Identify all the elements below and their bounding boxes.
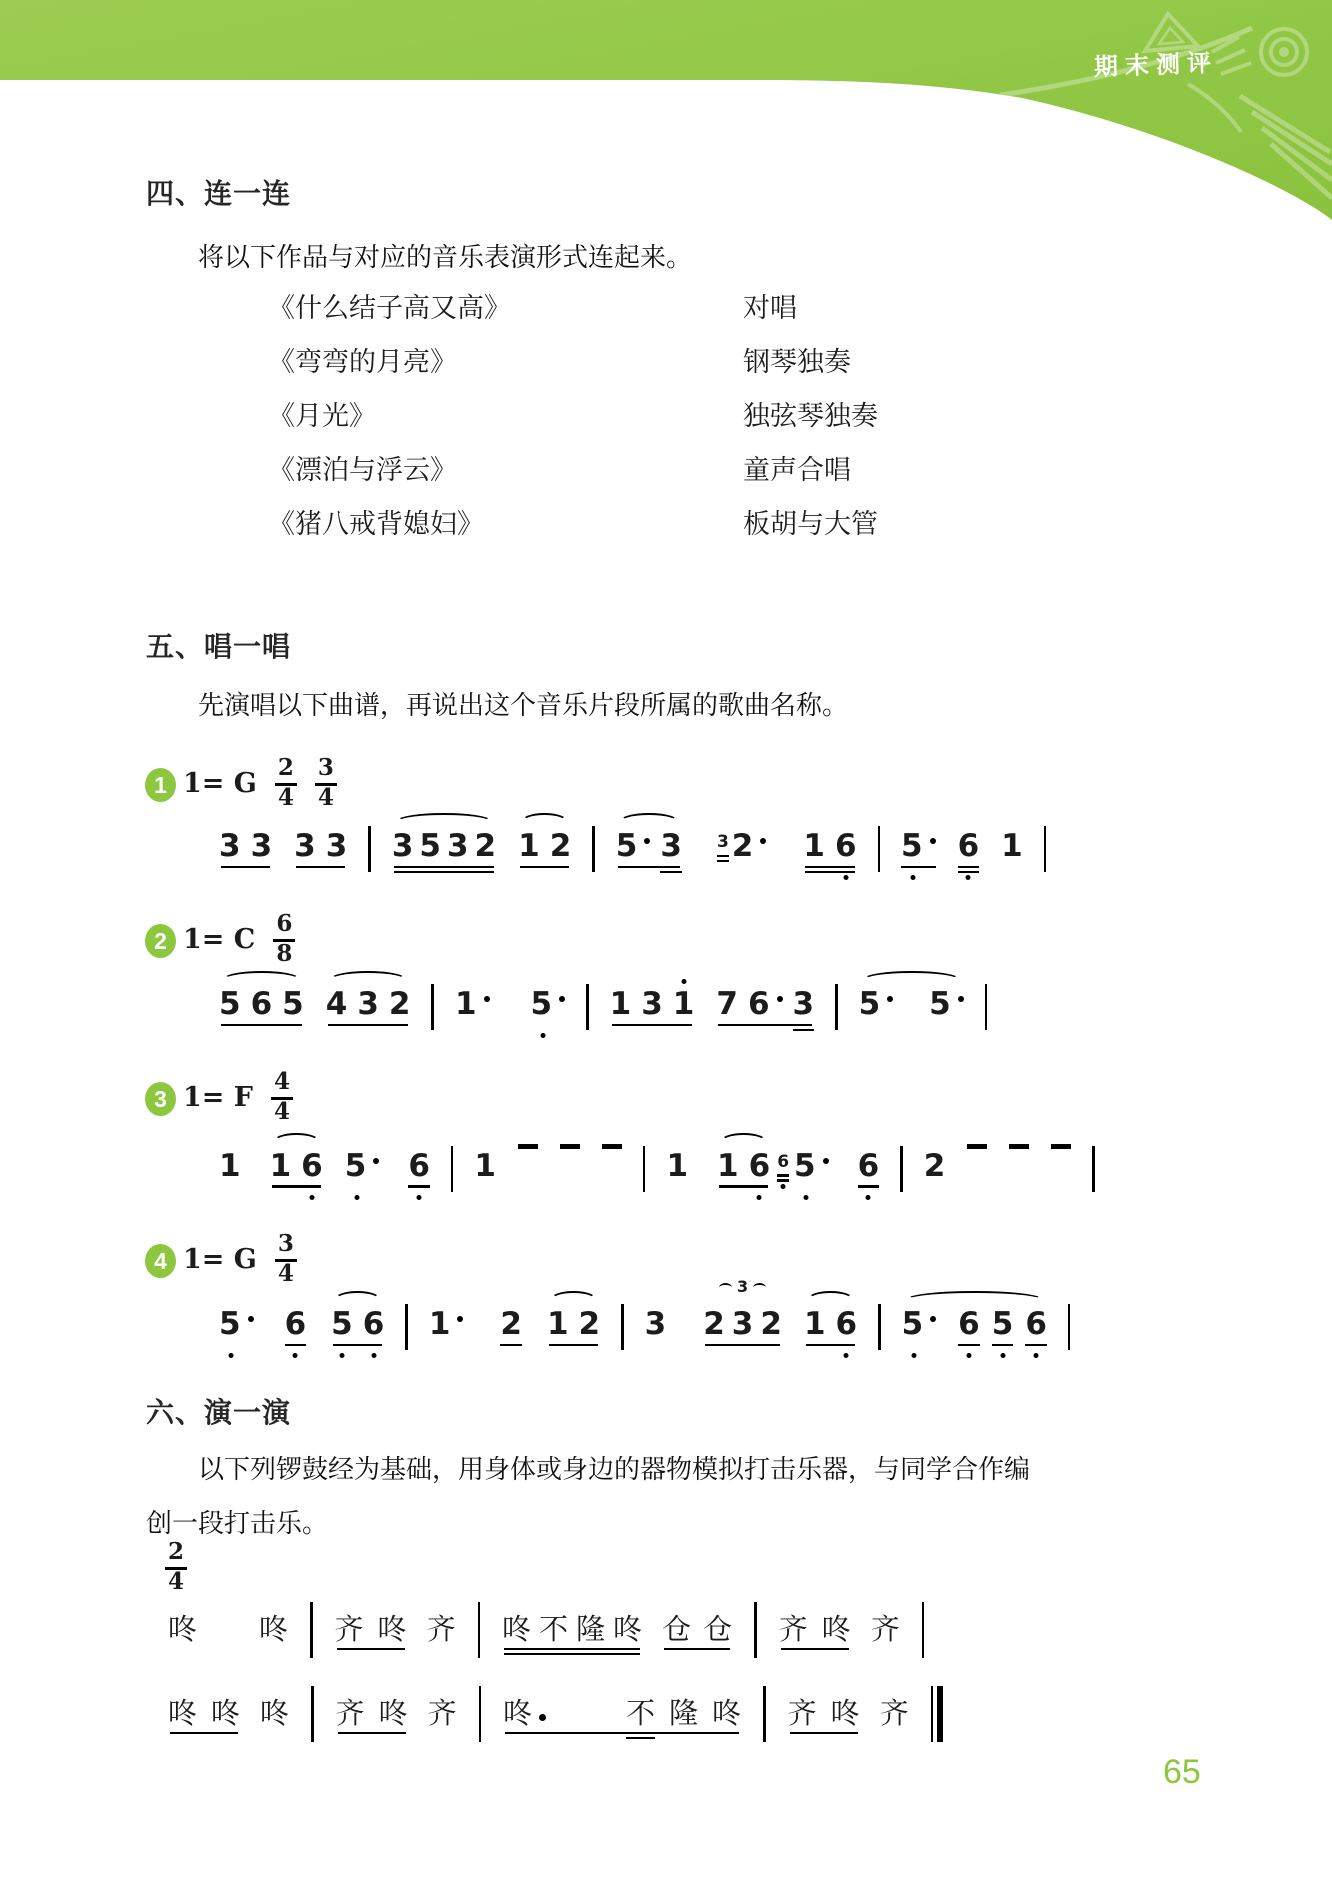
barline <box>311 1686 314 1746</box>
barline-stroke <box>479 1686 482 1742</box>
note: 1 <box>1001 831 1023 880</box>
note-group: 565 <box>219 989 304 1038</box>
note-text: 6 <box>836 1306 858 1342</box>
note-group: 1 <box>429 1309 464 1358</box>
dot-after <box>373 1158 379 1164</box>
note-text: 1 <box>270 1148 292 1184</box>
barline-stroke <box>586 984 589 1030</box>
note-text: 2 <box>389 986 411 1022</box>
note: 齐 <box>335 1615 364 1662</box>
dot-after <box>958 996 964 1002</box>
note: 齐 <box>428 1699 457 1746</box>
rest-dash <box>518 1144 538 1200</box>
section4-instruction: 将以下作品与对应的音乐表演形式连起来。 <box>146 238 1226 278</box>
barline-stroke <box>1044 826 1047 872</box>
note-text: 咚 <box>831 1696 860 1730</box>
note-text: 咚 <box>822 1612 851 1646</box>
beam-underline <box>505 1732 739 1735</box>
note-text: 咚 <box>168 1696 197 1730</box>
beam-underline <box>781 1648 849 1651</box>
note: 不 <box>626 1699 655 1746</box>
note: 咚 <box>822 1615 851 1662</box>
note: 1 <box>547 1309 569 1358</box>
note-text: 咚 <box>712 1696 741 1730</box>
note: 3 <box>326 831 348 880</box>
note-text: 2 <box>500 1306 522 1342</box>
note-text: 6 <box>363 1306 385 1342</box>
note-text: 3 <box>645 1306 667 1342</box>
note-group: 齐咚 <box>788 1699 860 1746</box>
barline-stroke <box>835 984 838 1030</box>
note-text: 3 <box>793 986 815 1022</box>
beam-underline <box>170 1732 238 1735</box>
octave-dot-below <box>866 1195 871 1200</box>
beam-underline <box>612 1024 693 1027</box>
underline <box>660 871 682 874</box>
beam-underline <box>221 866 270 869</box>
note-group: 33 <box>294 831 347 880</box>
note-text: 4 <box>326 986 348 1022</box>
note: 6 <box>301 1151 323 1200</box>
performance-form: 对唱 <box>743 286 797 325</box>
note-group: 齐咚 <box>336 1699 408 1746</box>
dot-after <box>539 1714 546 1721</box>
beam-underline <box>805 871 854 874</box>
section6-instruction-line2: 创一段打击乐。 <box>146 1504 1226 1544</box>
note-text: 2 <box>475 828 497 864</box>
page-number: 65 <box>1163 1755 1201 1789</box>
note-text: 齐 <box>427 1612 456 1646</box>
note-text: 仓 <box>662 1612 691 1646</box>
note-group: 12 <box>518 831 571 880</box>
note: 3 <box>294 831 316 880</box>
octave-dot-below <box>293 1353 298 1358</box>
note: 3 <box>660 831 682 880</box>
dot-after <box>559 996 565 1002</box>
rest-dash <box>602 1144 622 1200</box>
octave-dot-above <box>681 979 686 984</box>
note-group: 1 <box>666 1151 688 1200</box>
note-text: 5 <box>219 986 241 1022</box>
note: 1 <box>429 1309 464 1358</box>
note: 咚 <box>831 1699 860 1746</box>
note-text: 3 <box>251 828 273 864</box>
note: 6 <box>363 1309 385 1358</box>
barline-stroke <box>310 1602 313 1658</box>
note-text: 3 <box>219 828 241 864</box>
score-badge: 4 <box>145 1244 176 1278</box>
dash-mark <box>967 1144 987 1149</box>
note: 6 <box>958 1309 980 1358</box>
octave-dot-below <box>781 1184 786 1189</box>
octave-dot-below <box>911 875 916 880</box>
octave-dot-below <box>966 875 971 880</box>
note-text: 1 <box>1001 828 1023 864</box>
dash-mark <box>518 1144 538 1149</box>
barline <box>754 1602 757 1662</box>
note: 咚 <box>168 1699 197 1746</box>
note: 1 <box>610 989 632 1038</box>
note: 咚 <box>211 1699 240 1746</box>
note: 5 <box>345 1151 380 1200</box>
note-text: 2 <box>732 828 754 864</box>
barline-stroke <box>900 1146 903 1192</box>
note-group: 齐咚 <box>335 1615 407 1662</box>
note-group: 齐 <box>871 1615 900 1662</box>
note-text: 咚 <box>379 1696 408 1730</box>
note: 齐 <box>427 1615 456 1662</box>
dot-after <box>760 838 766 844</box>
note-text: 6 <box>749 1148 771 1184</box>
barline <box>310 1602 313 1662</box>
note-text: 不 <box>626 1696 655 1730</box>
octave-dot-below <box>339 1353 344 1358</box>
underline <box>958 871 980 874</box>
note-text: 1 <box>474 1148 496 1184</box>
section5-instruction: 先演唱以下曲谱，再说出这个音乐片段所属的歌曲名称。 <box>146 686 1226 726</box>
note: 6 <box>836 1309 858 1358</box>
note-text: 6 <box>777 1152 789 1172</box>
barline <box>405 1304 408 1358</box>
note-text: 3 <box>357 986 379 1022</box>
barline-stroke <box>922 1602 925 1658</box>
note: 2 <box>579 1309 601 1358</box>
note-group: 1 <box>455 989 490 1038</box>
beam-underline <box>221 1024 302 1027</box>
beam-underline <box>272 1185 321 1188</box>
note-group: 3532 <box>392 831 496 880</box>
barline-stroke <box>1092 1146 1095 1192</box>
note-text: 6 <box>251 986 273 1022</box>
note: 齐 <box>779 1615 808 1662</box>
note-text: 3 <box>294 828 316 864</box>
dot-after <box>248 1316 254 1322</box>
note: 5 <box>616 831 651 880</box>
note: 3 <box>793 989 815 1038</box>
note-group: 16 <box>270 1151 323 1200</box>
beam-underline <box>504 1648 640 1651</box>
note-text: 3 <box>326 828 348 864</box>
note: 2 <box>732 831 767 880</box>
beam-underline <box>805 866 854 869</box>
barline <box>900 1146 903 1200</box>
note-text: 1 <box>666 1148 688 1184</box>
note-group: 3 <box>717 845 729 880</box>
note: 3 <box>641 989 663 1038</box>
note-text: 1 <box>717 1148 739 1184</box>
note: 仓 <box>703 1615 732 1662</box>
note: 6 <box>1025 1309 1047 1358</box>
note-group: 咚 <box>259 1615 288 1662</box>
note-text: 齐 <box>335 1612 364 1646</box>
octave-dot-below <box>1034 1353 1039 1358</box>
beam-underline <box>520 866 569 869</box>
beam-underline <box>705 1344 780 1347</box>
note-group: 56 <box>331 1309 384 1358</box>
note-text: 3 <box>641 986 663 1022</box>
octave-dot-below <box>371 1353 376 1358</box>
note: 4 <box>326 989 348 1038</box>
note-group: 1 <box>1001 831 1023 880</box>
dash-mark <box>602 1144 622 1149</box>
note-text: 1 <box>429 1306 451 1342</box>
performance-form: 钢琴独奏 <box>743 340 851 379</box>
barline <box>1068 1304 1071 1358</box>
note-text: 6 <box>408 1148 430 1184</box>
note-text: 6 <box>748 986 770 1022</box>
note-group: 仓仓 <box>662 1615 732 1662</box>
note: 6 <box>777 1154 789 1189</box>
barline-stroke <box>643 1146 646 1192</box>
underline <box>958 1344 980 1347</box>
barline-stroke <box>368 826 371 872</box>
note: 1 <box>219 1151 241 1200</box>
notation-row: 3333353212533216561 <box>208 800 1056 880</box>
dot-after <box>644 838 650 844</box>
octave-dot-below <box>966 1353 971 1358</box>
octave-dot-below <box>844 1353 849 1358</box>
matching-row: 《什么结子高又高》 对唱 <box>0 278 1332 332</box>
note: 2 <box>760 1309 782 1358</box>
note: 1 <box>455 989 490 1038</box>
note: 7 <box>716 989 738 1038</box>
note-group: 5656 <box>902 1309 1047 1358</box>
note: 2 <box>550 831 572 880</box>
beam-underline <box>719 1185 768 1188</box>
note-group: 12 <box>547 1309 600 1358</box>
note-text: 咚 <box>211 1696 240 1730</box>
barline-stroke <box>451 1146 454 1192</box>
barline <box>835 984 838 1038</box>
dot-after <box>930 1316 936 1322</box>
notation-row: 1165611166562 <box>208 1118 1105 1200</box>
note-group: 2 <box>732 831 767 880</box>
note-text: 齐 <box>428 1696 457 1730</box>
note: 3 <box>357 989 379 1038</box>
note: 3 <box>251 831 273 880</box>
note-text: 3 <box>732 1306 754 1342</box>
note-text: 齐 <box>779 1612 808 1646</box>
note-text: 1 <box>803 828 825 864</box>
octave-dot-below <box>757 1195 762 1200</box>
octave-dot-below <box>1000 1353 1005 1358</box>
note-group: 5 <box>219 1309 254 1358</box>
note: 齐 <box>788 1699 817 1746</box>
note-group: 53 <box>616 831 682 880</box>
note: 5 <box>794 1151 829 1200</box>
dash-mark <box>1051 1144 1071 1149</box>
note-text: 6 <box>301 1148 323 1184</box>
header-tag: 期末测评 <box>1094 52 1219 80</box>
score-badge: 3 <box>145 1082 176 1116</box>
beam-underline <box>394 871 494 874</box>
notation-row: 5654321513176355 <box>208 958 997 1038</box>
note: 咚 <box>712 1699 741 1746</box>
note-text: 5 <box>282 986 304 1022</box>
note-text: 1 <box>455 986 477 1022</box>
note-group: 咚 <box>168 1615 197 1662</box>
note-text: 5 <box>794 1148 816 1184</box>
note-text: 咚 <box>503 1696 532 1730</box>
note-group: 6 <box>958 831 980 880</box>
barline-stroke <box>405 1304 408 1350</box>
note-text: 5 <box>419 828 441 864</box>
note-group: 1 <box>219 1151 241 1200</box>
note-text: 隆 <box>576 1612 605 1646</box>
barline <box>621 1304 624 1358</box>
note-text: 1 <box>518 828 540 864</box>
note-text: 6 <box>285 1306 307 1342</box>
note-text: 2 <box>579 1306 601 1342</box>
note-text: 1 <box>804 1306 826 1342</box>
dash-mark <box>1009 1144 1029 1149</box>
note-text: 7 <box>716 986 738 1022</box>
note-text: 5 <box>902 1306 924 1342</box>
note-text: 5 <box>219 1306 241 1342</box>
barline <box>451 1146 454 1200</box>
underline <box>901 866 936 869</box>
note-group: 咚咚 <box>168 1699 240 1746</box>
note-text: 5 <box>616 828 638 864</box>
note-group: 432 <box>326 989 411 1038</box>
dot-after <box>484 996 490 1002</box>
score-badge: 1 <box>145 768 176 802</box>
note-text: 2 <box>760 1306 782 1342</box>
note-text: 1 <box>547 1306 569 1342</box>
barline <box>878 826 881 880</box>
barline-stroke <box>621 1304 624 1350</box>
barline-stroke <box>478 1602 481 1658</box>
note-text: 5 <box>929 986 951 1022</box>
barline-stroke <box>754 1602 757 1658</box>
note-text: 仓 <box>703 1612 732 1646</box>
underline <box>992 1344 1014 1347</box>
key-label: 1= G <box>183 770 257 797</box>
note-text: 5 <box>859 986 881 1022</box>
performance-form: 独弦琴独奏 <box>743 394 878 433</box>
barline <box>643 1146 646 1200</box>
note: 1 <box>717 1151 739 1200</box>
note-group: 5 <box>345 1151 380 1200</box>
note-text: 咚 <box>378 1612 407 1646</box>
rest-dash <box>1009 1144 1029 1200</box>
note-group: 2 <box>500 1309 522 1358</box>
dot-after <box>887 996 893 1002</box>
note-group: 5 <box>531 989 566 1038</box>
note: 1 <box>673 989 695 1038</box>
note-group: 齐 <box>428 1699 457 1746</box>
note-text: 2 <box>550 828 572 864</box>
note: 5 <box>219 989 241 1038</box>
work-title: 《猪八戒背媳妇》 <box>268 502 743 541</box>
note-text: 咚 <box>613 1612 642 1646</box>
underline <box>717 860 729 863</box>
note-group: 6 <box>285 1309 307 1358</box>
note-text: 2 <box>924 1148 946 1184</box>
work-title: 《漂泊与浮云》 <box>268 448 743 487</box>
octave-dot-below <box>540 1033 545 1038</box>
note: 6 <box>749 1151 771 1200</box>
barline <box>592 826 595 880</box>
note: 5 <box>282 989 304 1038</box>
note-text: 齐 <box>336 1696 365 1730</box>
note: 隆 <box>669 1699 698 1746</box>
time-signature: 44 <box>271 1070 293 1125</box>
performance-form: 板胡与大管 <box>743 502 878 541</box>
note-group: 1 <box>474 1144 622 1200</box>
note: 2 <box>924 1151 946 1200</box>
note: 5 <box>929 989 964 1038</box>
note-text: 1 <box>673 986 695 1022</box>
note-text: 6 <box>958 828 980 864</box>
matching-row: 《月光》 独弦琴独奏 <box>0 386 1332 440</box>
note-group: 131 <box>610 989 695 1038</box>
dot-after <box>457 1316 463 1322</box>
note: 3 <box>717 834 729 869</box>
barline <box>878 1304 881 1358</box>
key-label: 1= C <box>183 926 255 953</box>
note-text: 齐 <box>871 1612 900 1646</box>
matching-row: 《弯弯的月亮》 钢琴独奏 <box>0 332 1332 386</box>
beam-underline <box>806 1344 855 1347</box>
work-title: 《什么结子高又高》 <box>268 286 743 325</box>
note: 咚 <box>259 1615 288 1662</box>
note-group: 6 <box>408 1151 430 1200</box>
note: 3 <box>219 831 241 880</box>
underline <box>285 1344 307 1347</box>
note-text: 3 <box>447 828 469 864</box>
section4-heading: 四、连一连 <box>146 177 291 211</box>
note-group: 6 <box>858 1151 880 1200</box>
beam-underline <box>790 1732 858 1735</box>
note-text: 3 <box>392 828 414 864</box>
underline <box>717 855 729 858</box>
note-text: 咚 <box>502 1612 531 1646</box>
dash-mark <box>560 1144 580 1149</box>
beam-underline <box>328 1024 409 1027</box>
note: 咚 <box>503 1699 546 1746</box>
note-text: 1 <box>219 1148 241 1184</box>
rest-dash <box>1051 1144 1071 1200</box>
note-group: 16 <box>804 1309 857 1358</box>
note-text: 5 <box>345 1148 367 1184</box>
underline <box>500 1344 522 1347</box>
note: 5 <box>901 831 936 880</box>
note: 6 <box>285 1309 307 1358</box>
note: 6 <box>251 989 273 1038</box>
underline <box>858 1185 880 1188</box>
key-signature-row: 1= F 44 <box>183 1070 293 1125</box>
note-text: 咚 <box>168 1612 197 1646</box>
note-text: 不 <box>539 1612 568 1646</box>
percussion-row: 咚咚咚齐咚齐咚不隆咚齐咚齐 <box>158 1660 955 1746</box>
underline <box>1025 1344 1047 1347</box>
barline <box>586 984 589 1038</box>
key-label: 1= G <box>183 1246 257 1273</box>
beam-underline <box>504 1653 640 1656</box>
underline <box>777 1179 789 1182</box>
beam-underline <box>333 1344 382 1347</box>
note-text: 1 <box>610 986 632 1022</box>
note: 1 <box>474 1151 496 1200</box>
note: 3 <box>732 1309 754 1358</box>
note: 6 <box>408 1151 430 1200</box>
barline <box>368 826 371 880</box>
barline-stroke <box>592 826 595 872</box>
octave-dot-below <box>417 1195 422 1200</box>
work-title: 《月光》 <box>268 394 743 433</box>
note: 5 <box>331 1309 353 1358</box>
